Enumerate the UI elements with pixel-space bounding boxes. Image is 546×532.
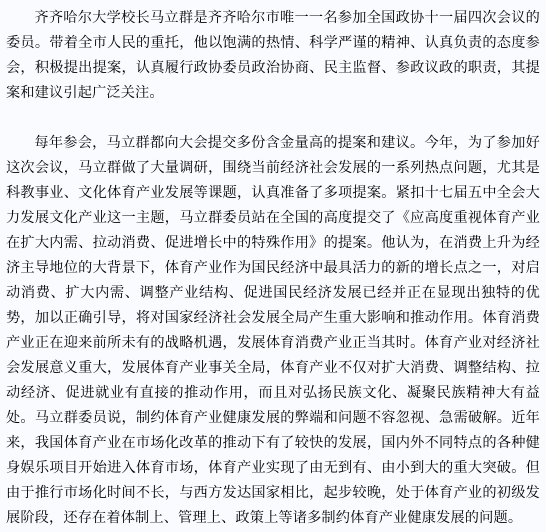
article-body: 齐齐哈尔大学校长马立群是齐齐哈尔市唯一一名参加全国政协十一届四次会议的委员。带着… bbox=[0, 0, 546, 531]
paragraph-proposals: 每年参会，马立群都向大会提交多份含金量高的提案和建议。今年，为了参加好这次会议，… bbox=[6, 131, 540, 531]
paragraph-intro: 齐齐哈尔大学校长马立群是齐齐哈尔市唯一一名参加全国政协十一届四次会议的委员。带着… bbox=[6, 6, 540, 106]
paragraph-spacer bbox=[6, 106, 540, 131]
